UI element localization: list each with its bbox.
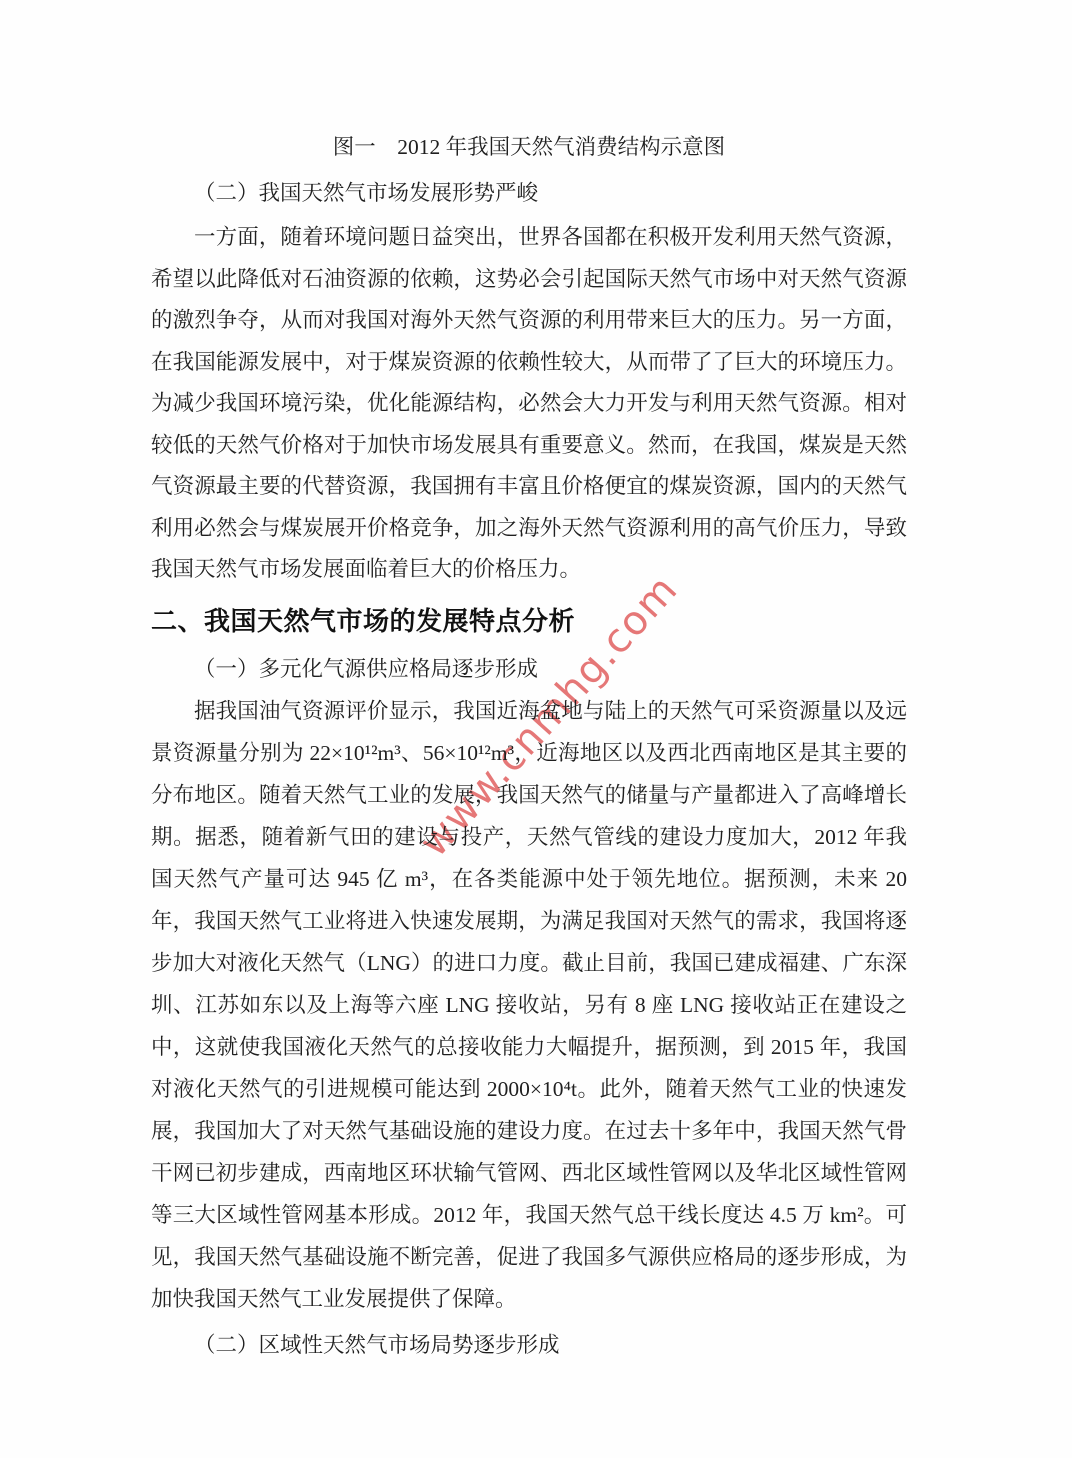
- subsection-heading-diversified-supply: （一）多元化气源供应格局逐步形成: [151, 649, 907, 691]
- subsection-heading-market-situation: （二）我国天然气市场发展形势严峻: [151, 173, 907, 215]
- subsection-heading-regional-market: （二）区域性天然气市场局势逐步形成: [151, 1325, 907, 1367]
- document-page: www.cnmhg.com 图一 2012 年我国天然气消费结构示意图 （二）我…: [0, 0, 1072, 1458]
- chapter-heading-development-characteristics: 二、我国天然气市场的发展特点分析: [151, 599, 907, 643]
- paragraph-diversified-supply: 据我国油气资源评价显示，我国近海盆地与陆上的天然气可采资源量以及远景资源量分别为…: [151, 690, 907, 1320]
- paragraph-market-situation: 一方面，随着环境问题日益突出，世界各国都在积极开发利用天然气资源，希望以此降低对…: [151, 217, 907, 591]
- figure-caption: 图一 2012 年我国天然气消费结构示意图: [151, 127, 907, 169]
- document-text-block: 图一 2012 年我国天然气消费结构示意图 （二）我国天然气市场发展形势严峻 一…: [151, 127, 907, 1367]
